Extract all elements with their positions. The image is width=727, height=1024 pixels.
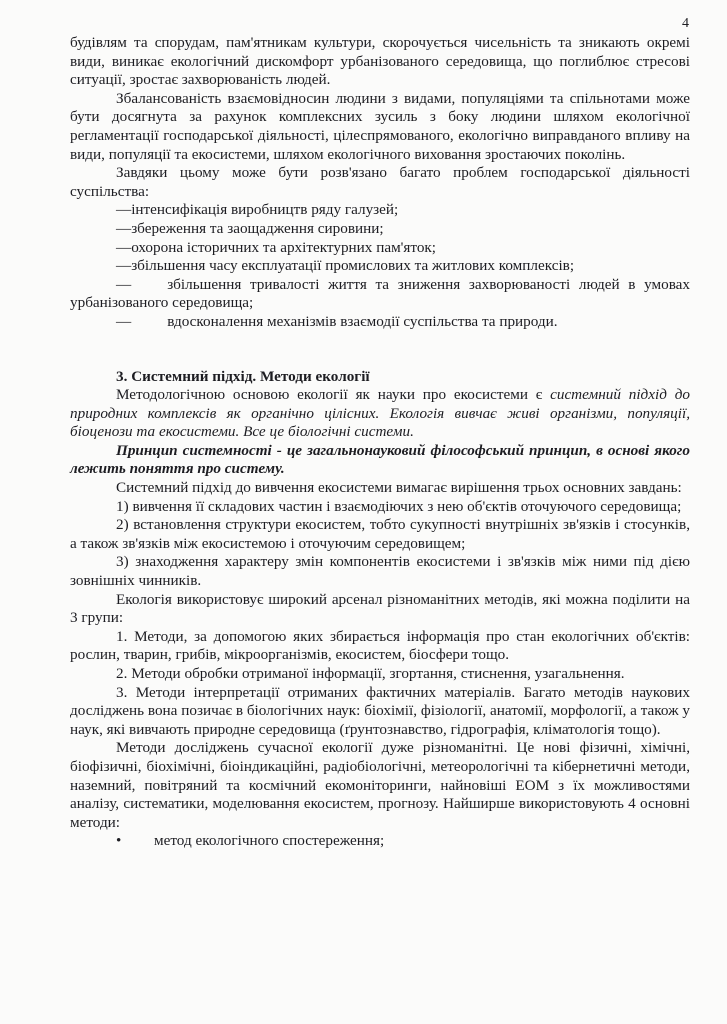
dash-mark: — [116, 313, 131, 330]
document-page: 4 будівлям та спорудам, пам'ятникам куль… [0, 0, 727, 1024]
task-item: 2) встановлення структури екосистем, тоб… [70, 516, 690, 553]
methodology-plain-text: Методологічною основою екології як науки… [116, 386, 550, 403]
task-item: 1) вивчення її складових частин і взаємо… [70, 498, 690, 517]
task-item: 3) знаходження характеру змін компоненті… [70, 553, 690, 590]
dash-item: —охорона історичних та архітектурних пам… [70, 239, 690, 258]
dash-item: —збереження та заощадження сировини; [70, 220, 690, 239]
dash-text: збільшення тривалості життя та зниження … [70, 276, 690, 312]
dash-text: вдосконалення механізмів взаємодії суспі… [167, 313, 557, 330]
bullet-text: метод екологічного спостереження; [154, 832, 384, 851]
dash-item: —збільшення часу експлуатації промислови… [70, 257, 690, 276]
section-heading: 3. Системний підхід. Методи екології [70, 368, 690, 387]
page-number: 4 [682, 16, 689, 32]
paragraph-modern-methods: Методи досліджень сучасної екології дуже… [70, 739, 690, 832]
paragraph-continuation: будівлям та спорудам, пам'ятникам культу… [70, 34, 690, 90]
paragraph-methods-intro: Екологія використовує широкий арсенал рі… [70, 591, 690, 628]
problems-dash-list: —інтенсифікація виробництв ряду галузей;… [70, 201, 690, 331]
paragraph-balance: Збалансованість взаємовідносин людини з … [70, 90, 690, 164]
principle-term: Принцип системності [116, 442, 272, 459]
dash-mark: — [116, 276, 131, 293]
paragraph-methodology: Методологічною основою екології як науки… [70, 386, 690, 442]
dash-item-wide: —збільшення тривалості життя та зниження… [70, 276, 690, 313]
paragraph-tasks-intro: Системний підхід до вивчення екосистеми … [70, 479, 690, 498]
method-group-item: 1. Методи, за допомогою яких збирається … [70, 628, 690, 665]
dash-item-wide: —вдосконалення механізмів взаємодії сусп… [70, 313, 690, 332]
dash-item: —інтенсифікація виробництв ряду галузей; [70, 201, 690, 220]
bullet-icon: • [116, 832, 154, 851]
method-group-item: 2. Методи обробки отриманої інформації, … [70, 665, 690, 684]
page-content: будівлям та спорудам, пам'ятникам культу… [70, 34, 690, 851]
paragraph-problems-intro: Завдяки цьому може бути розв'язано багат… [70, 164, 690, 201]
bullet-item: • метод екологічного спостереження; [70, 832, 690, 851]
paragraph-principle: Принцип системності - це загальнонаукови… [70, 442, 690, 479]
method-group-item: 3. Методи інтерпретації отриманих фактич… [70, 684, 690, 740]
